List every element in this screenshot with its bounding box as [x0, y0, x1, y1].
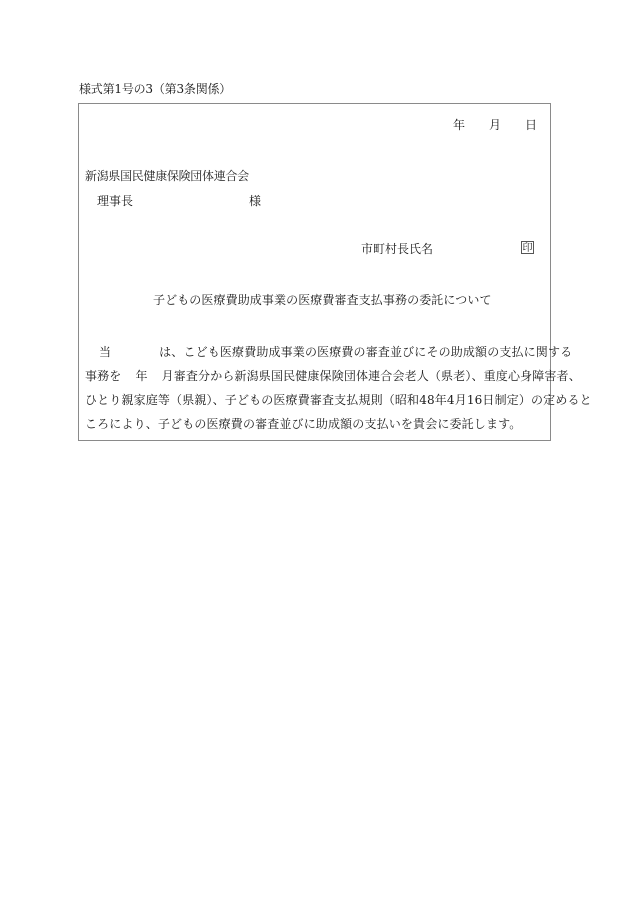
form-box: 年 月 日 新潟県国民健康保険団体連合会 理事長 様 市町村長氏名 印 子どもの… — [78, 103, 551, 441]
document-subject: 子どもの医療費助成事業の医療費審査支払事務の委託について — [153, 291, 492, 308]
body-line-2-start: 事務を — [85, 369, 121, 383]
body-line-2-year: 年 — [135, 369, 147, 383]
addressee-title: 理事長 — [97, 192, 133, 209]
body-line-2-rest: 月審査分から新潟県国民健康保険団体連合会老人（県老）、重度心身障害者、 — [162, 369, 581, 383]
body-line-2: 事務を年月審査分から新潟県国民健康保険団体連合会老人（県老）、重度心身障害者、 — [85, 364, 547, 388]
addressee-honorific: 様 — [249, 192, 261, 209]
seal-icon: 印 — [521, 241, 534, 254]
body-line-3: ひとり親家庭等（県親）、子どもの医療費審査支払規則（昭和48年4月16日制定）の… — [85, 388, 547, 412]
body-line-4: ころにより、子どもの医療費の審査並びに助成額の支払いを貴会に委託します。 — [85, 412, 547, 436]
date-day-label: 日 — [525, 116, 537, 133]
body-line-1-rest: は、こども医療費助成事業の医療費の審査並びにその助成額の支払に関する — [159, 345, 572, 359]
body-line-1: 当は、こども医療費助成事業の医療費の審査並びにその助成額の支払に関する — [85, 340, 547, 364]
body-line-1-start: 当 — [99, 345, 111, 359]
addressee-organization: 新潟県国民健康保険団体連合会 — [85, 167, 249, 184]
date-month-label: 月 — [489, 116, 501, 133]
sender-name-label: 市町村長氏名 — [361, 240, 433, 257]
date-year-label: 年 — [453, 116, 465, 133]
form-number-label: 様式第1号の3（第3条関係） — [79, 80, 231, 97]
body-paragraph: 当は、こども医療費助成事業の医療費の審査並びにその助成額の支払に関する 事務を年… — [85, 340, 547, 436]
